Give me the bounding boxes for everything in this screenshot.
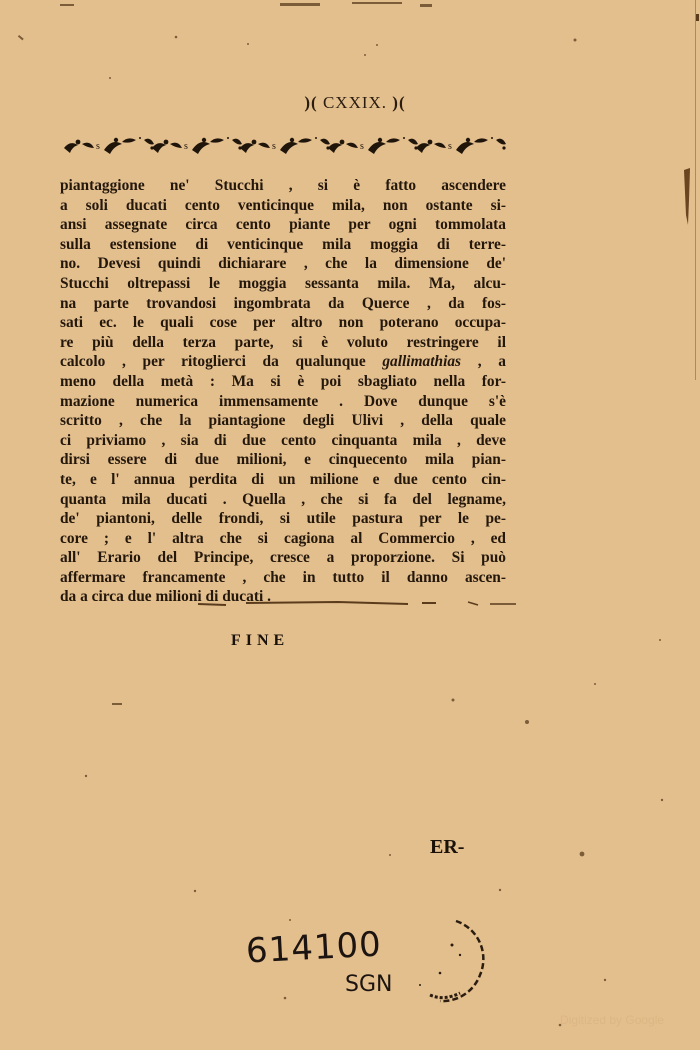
- header-left-bracket: )(: [304, 93, 317, 112]
- text-line: sati ec. le quali cose per altro non pot…: [60, 313, 506, 333]
- running-header: )( CXXIX. )(: [0, 93, 700, 113]
- text-line: Stucchi oltrepassi le moggia sessanta mi…: [60, 274, 506, 294]
- floral-headpiece-ornament-icon: s: [62, 130, 510, 160]
- text-line: no. Devesi quindi dichiarare , che la di…: [60, 254, 506, 274]
- text-line: sulla estensione di venticinque mila mog…: [60, 235, 506, 255]
- text-segment: , a: [478, 353, 506, 370]
- text-line: scritto , che la piantagione degli Ulivi…: [60, 411, 506, 431]
- text-line-with-italic: calcolo , per ritoglierci da qualunque g…: [60, 352, 506, 372]
- section-divider-rule: [198, 600, 518, 608]
- header-right-bracket: )(: [392, 93, 405, 112]
- text-line: ci priviamo , sia di due cento cinquanta…: [60, 431, 506, 451]
- text-line: re più della terza parte, si è voluto re…: [60, 333, 506, 353]
- body-paragraph: piantaggione ne' Stucchi , si è fatto as…: [60, 176, 506, 607]
- text-line: na parte trovandosi ingombrata da Querce…: [60, 294, 506, 314]
- text-line: affermare francamente , che in tutto il …: [60, 568, 506, 588]
- digitization-watermark: Digitized by Google: [560, 1013, 664, 1027]
- italic-term: gallimathias: [382, 353, 461, 370]
- text-line: de' piantoni, delle frondi, si utile pas…: [60, 509, 506, 529]
- text-line: a soli ducati cento venticinque mila, no…: [60, 196, 506, 216]
- handwritten-shelfmark-sub: SGN: [345, 972, 392, 997]
- text-line: core ; e l' altra che si cagiona al Comm…: [60, 529, 506, 549]
- end-mark: FINE: [231, 632, 289, 650]
- text-line: ansi assegnate circa cento piante per og…: [60, 215, 506, 235]
- text-line: te, e l' annua perdita di un milione e d…: [60, 470, 506, 490]
- text-line: mazione numerica immensamente . Dove dun…: [60, 392, 506, 412]
- text-line: piantaggione ne' Stucchi , si è fatto as…: [60, 176, 506, 196]
- text-line: dirsi essere di due milioni, e cinquecen…: [60, 450, 506, 470]
- catchword: ER-: [430, 836, 464, 859]
- text-line: all' Erario del Principe, cresce a propo…: [60, 548, 506, 568]
- text-line: quanta mila ducati . Quella , che si fa …: [60, 490, 506, 510]
- library-stamp-circle-icon: [400, 915, 492, 1007]
- page-number: CXXIX.: [323, 93, 387, 112]
- text-line: meno della metà : Ma si è poi sbagliato …: [60, 372, 506, 392]
- scanned-book-page: )( CXXIX. )( s piantaggione: [0, 0, 700, 1050]
- svg-text:s: s: [96, 141, 100, 152]
- text-segment: calcolo , per ritoglierci da qualunque: [60, 353, 366, 370]
- right-edge-binding-shadow: [680, 0, 700, 1050]
- handwritten-shelfmark: 614100: [245, 924, 383, 971]
